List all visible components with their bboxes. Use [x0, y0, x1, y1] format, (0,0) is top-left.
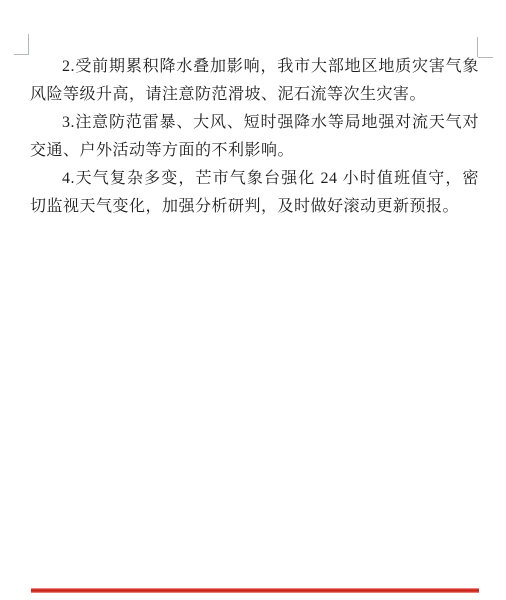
- paragraph-2: 2.受前期累积降水叠加影响，我市大部地区地质灾害气象风险等级升高，请注意防范滑坡…: [30, 53, 479, 109]
- paragraph-3: 3.注意防范雷暴、大风、短时强降水等局地强对流天气对交通、户外活动等方面的不利影…: [30, 109, 479, 165]
- paragraph-4: 4.天气复杂多变，芒市气象台强化 24 小时值班值守，密切监视天气变化，加强分析…: [30, 165, 479, 221]
- footer-red-rule: [31, 588, 479, 593]
- document-body-text: 2.受前期累积降水叠加影响，我市大部地区地质灾害气象风险等级升高，请注意防范滑坡…: [30, 53, 479, 221]
- margin-crop-mark-top-left-vertical: [28, 34, 29, 54]
- margin-crop-mark-top-right-horizontal: [478, 57, 493, 58]
- margin-crop-mark-top-left-horizontal: [14, 54, 29, 55]
- document-page: 2.受前期累积降水叠加影响，我市大部地区地质灾害气象风险等级升高，请注意防范滑坡…: [0, 0, 506, 600]
